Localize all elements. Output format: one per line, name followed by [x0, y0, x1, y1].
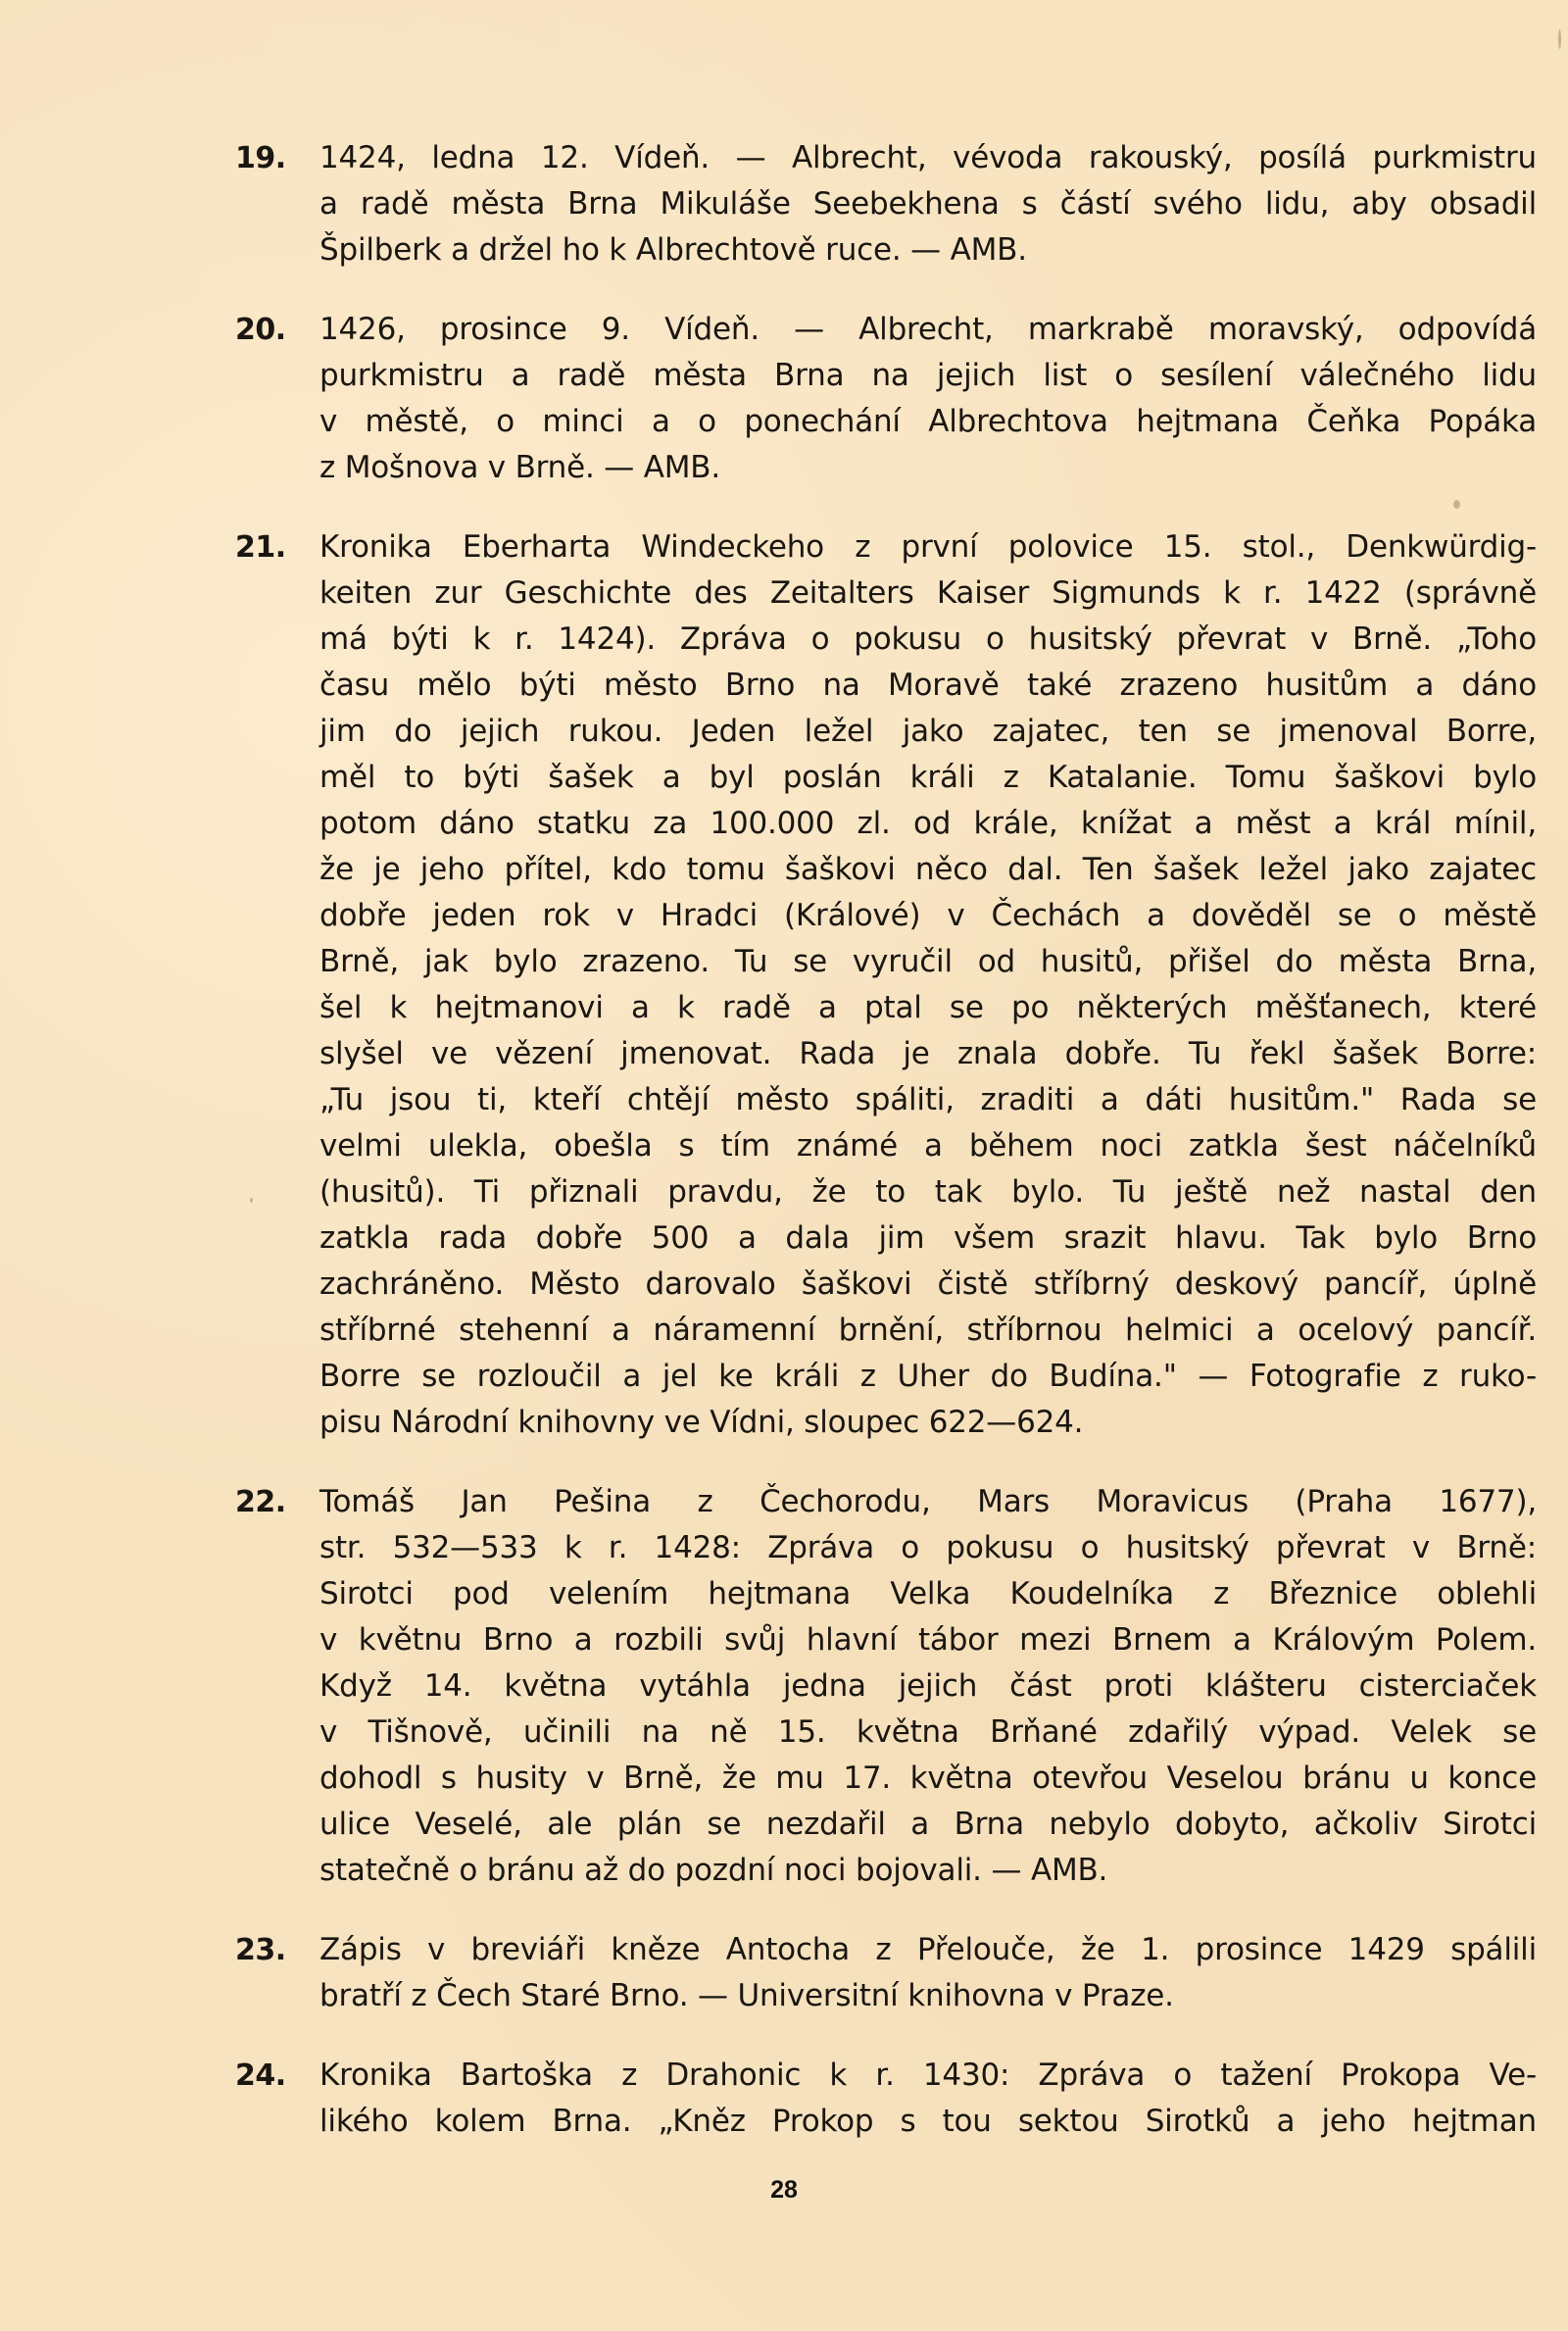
text-line: Sirotci pod velením hejtmana Velka Koude… [319, 1571, 1537, 1617]
text-line: času mělo býti město Brno na Moravě také… [319, 663, 1537, 709]
page-number: 28 [0, 2176, 1568, 2205]
text-line: keiten zur Geschichte des Zeitalters Kai… [319, 570, 1537, 617]
text-line: dobře jeden rok v Hradci (Králové) v Čec… [319, 893, 1537, 939]
entry-19: 19. 1424, ledna 12. Vídeň. — Albrecht, v… [235, 135, 1537, 273]
entry-23: 23. Zápis v breviáři kněze Antocha z Pře… [235, 1927, 1537, 2019]
text-line: měl to býti šašek a byl poslán králi z K… [319, 755, 1537, 801]
text-line: (husitů). Ti přiznali pravdu, že to tak … [319, 1169, 1537, 1215]
text-line: Špilberk a držel ho k Albrechtově ruce. … [319, 227, 1537, 273]
text-line: Brně, jak bylo zrazeno. Tu se vyručil od… [319, 939, 1537, 985]
entry-text: 1426, prosince 9. Vídeň. — Albrecht, mar… [319, 307, 1537, 491]
entry-number: 22. [235, 1479, 286, 1525]
text-line: Kronika Eberharta Windeckeho z první pol… [319, 524, 1537, 570]
text-line: stříbrné stehenní a náramenní brnění, st… [319, 1308, 1537, 1354]
text-line: z Mošnova v Brně. — AMB. [319, 445, 1537, 491]
paper-speck [1453, 500, 1460, 509]
text-line: Kronika Bartoška z Drahonic k r. 1430: Z… [319, 2053, 1537, 2099]
paper-speck [250, 1198, 253, 1203]
text-line: ulice Veselé, ale plán se nezdařil a Brn… [319, 1802, 1537, 1848]
text-line: Tomáš Jan Pešina z Čechorodu, Mars Morav… [319, 1479, 1537, 1525]
text-line: velmi ulekla, obešla s tím známé a během… [319, 1123, 1537, 1169]
text-line: „Tu jsou ti, kteří chtějí město spáliti,… [319, 1077, 1537, 1123]
text-line: statečně o bránu až do pozdní noci bojov… [319, 1848, 1537, 1894]
entry-text: Kronika Eberharta Windeckeho z první pol… [319, 524, 1537, 1446]
text-line: potom dáno statku za 100.000 zl. od král… [319, 801, 1537, 847]
entry-20: 20. 1426, prosince 9. Vídeň. — Albrecht,… [235, 307, 1537, 491]
entry-24: 24. Kronika Bartoška z Drahonic k r. 143… [235, 2053, 1537, 2145]
text-line: jim do jejich rukou. Jeden ležel jako za… [319, 709, 1537, 755]
text-line: zachráněno. Město darovalo šaškovi čistě… [319, 1262, 1537, 1308]
entry-number: 23. [235, 1927, 286, 1973]
text-line: 1424, ledna 12. Vídeň. — Albrecht, vévod… [319, 135, 1537, 181]
document-page: 19. 1424, ledna 12. Vídeň. — Albrecht, v… [235, 135, 1537, 2178]
text-line: zatkla rada dobře 500 a dala jim všem sr… [319, 1215, 1537, 1262]
text-line: Když 14. května vytáhla jedna jejich čás… [319, 1663, 1537, 1710]
text-line: že je jeho přítel, kdo tomu šaškovi něco… [319, 847, 1537, 893]
text-line: v květnu Brno a rozbili svůj hlavní tábo… [319, 1617, 1537, 1663]
text-line: Zápis v breviáři kněze Antocha z Přelouč… [319, 1927, 1537, 1973]
text-line: a radě města Brna Mikuláše Seebekhena s … [319, 181, 1537, 227]
text-line: v Tišnově, učinili na ně 15. května Brňa… [319, 1710, 1537, 1756]
text-line: pisu Národní knihovny ve Vídni, sloupec … [319, 1400, 1537, 1446]
text-line: v městě, o minci a o ponechání Albrechto… [319, 399, 1537, 445]
text-line: purkmistru a radě města Brna na jejich l… [319, 353, 1537, 399]
entry-text: Zápis v breviáři kněze Antocha z Přelouč… [319, 1927, 1537, 2019]
entry-number: 19. [235, 135, 286, 181]
text-line: šel k hejtmanovi a k radě a ptal se po n… [319, 985, 1537, 1031]
entry-text: Tomáš Jan Pešina z Čechorodu, Mars Morav… [319, 1479, 1537, 1894]
text-line: má býti k r. 1424). Zpráva o pokusu o hu… [319, 617, 1537, 663]
text-line: likého kolem Brna. „Kněz Prokop s tou se… [319, 2099, 1537, 2145]
entry-number: 21. [235, 524, 286, 570]
entry-number: 20. [235, 307, 286, 353]
text-line: 1426, prosince 9. Vídeň. — Albrecht, mar… [319, 307, 1537, 353]
entry-21: 21. Kronika Eberharta Windeckeho z první… [235, 524, 1537, 1446]
paper-speck [1558, 29, 1561, 49]
text-line: Borre se rozloučil a jel ke králi z Uher… [319, 1354, 1537, 1400]
entry-text: Kronika Bartoška z Drahonic k r. 1430: Z… [319, 2053, 1537, 2145]
entry-text: 1424, ledna 12. Vídeň. — Albrecht, vévod… [319, 135, 1537, 273]
entry-22: 22. Tomáš Jan Pešina z Čechorodu, Mars M… [235, 1479, 1537, 1894]
text-line: dohodl s husity v Brně, že mu 17. května… [319, 1756, 1537, 1802]
text-line: slyšel ve vězení jmenovat. Rada je znala… [319, 1031, 1537, 1077]
text-line: str. 532—533 k r. 1428: Zpráva o pokusu … [319, 1525, 1537, 1571]
entry-number: 24. [235, 2053, 286, 2099]
text-line: bratří z Čech Staré Brno. — Universitní … [319, 1973, 1537, 2019]
